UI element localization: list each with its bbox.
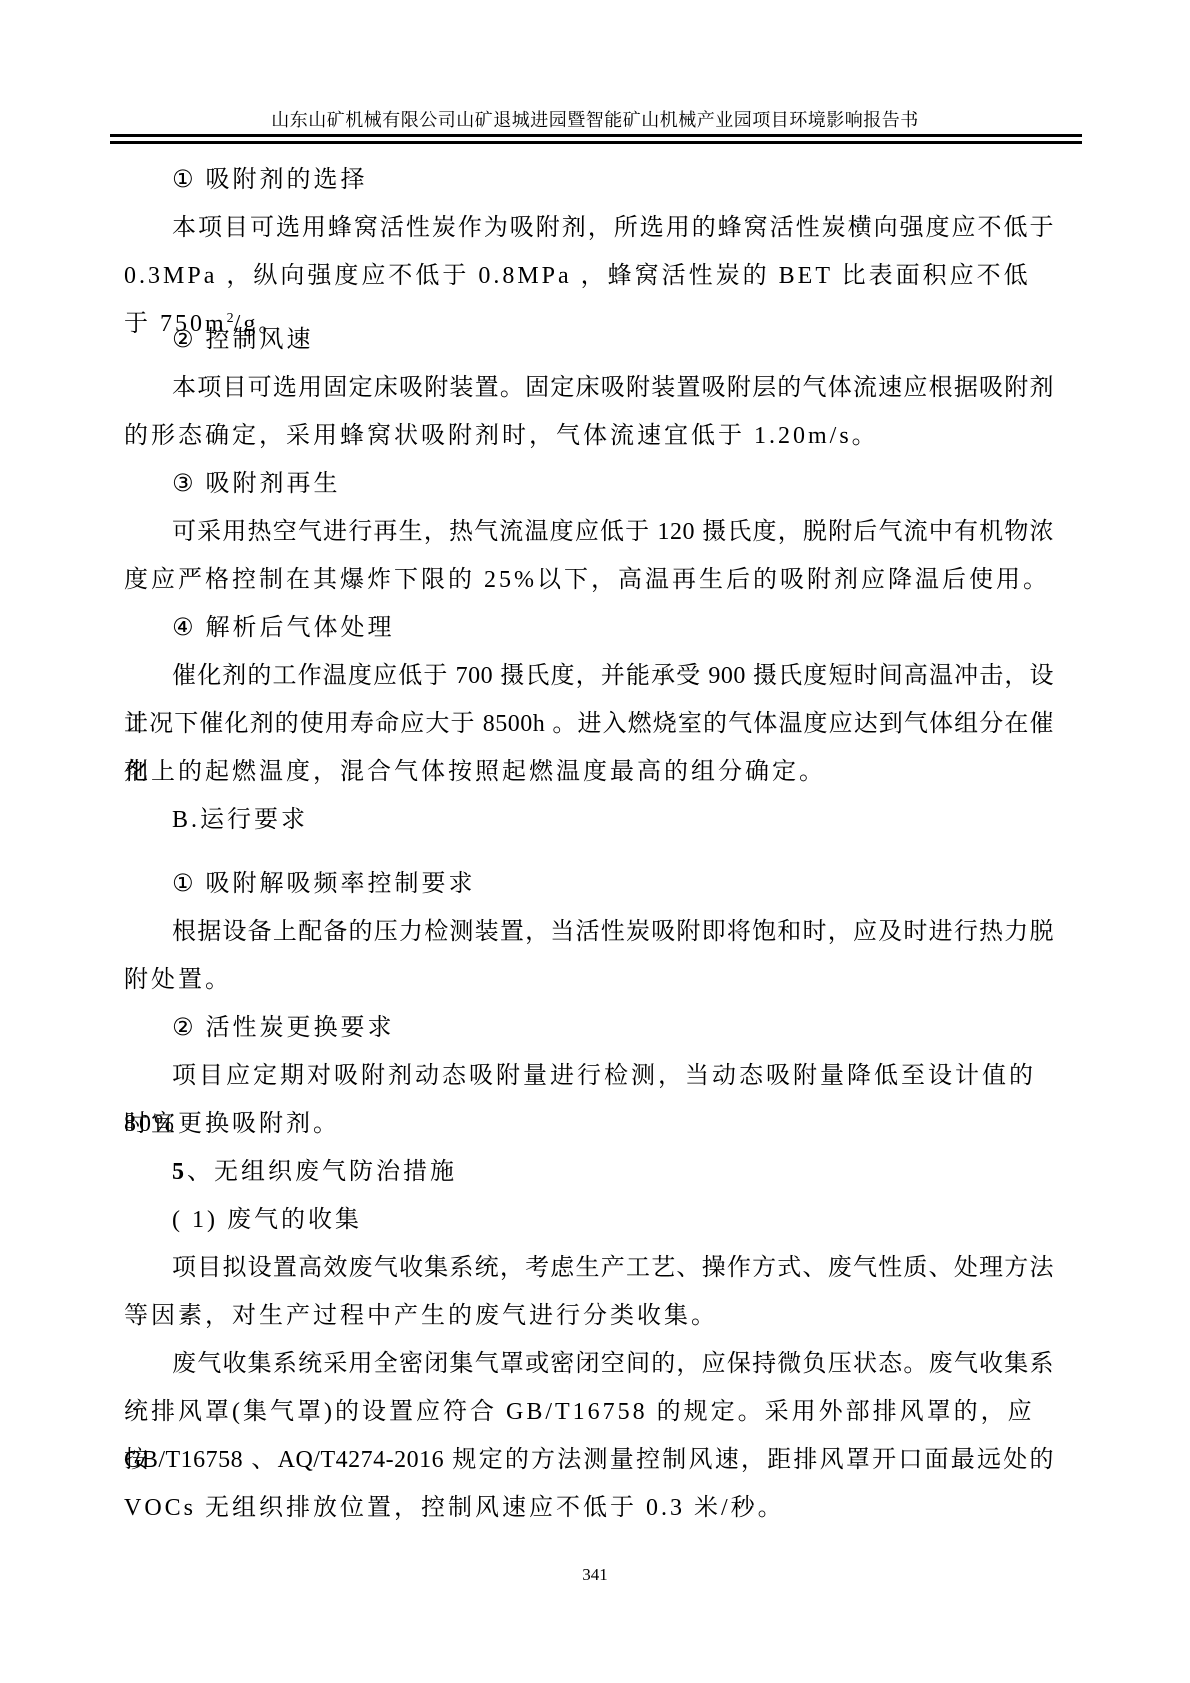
page-number: 341	[0, 1560, 1190, 1590]
section-heading-gas-collection: ( 1) 废气的收集	[124, 1196, 1054, 1244]
document-body: ① 吸附剂的选择 本项目可选用蜂窝活性炭作为吸附剂，所选用的蜂窝活性炭横向强度应…	[124, 156, 1054, 1532]
body-text-line: 本项目可选用固定床吸附装置。固定床吸附装置吸附层的气体流速应根据吸附剂	[124, 364, 1054, 412]
body-text-line: 的形态确定，采用蜂窝状吸附剂时，气体流速宜低于 1.20m/s。	[124, 412, 1054, 460]
section-heading-gas-treatment: ④ 解析后气体处理	[124, 604, 1054, 652]
body-text-line: 废气收集系统采用全密闭集气罩或密闭空间的，应保持微负压状态。废气收集系	[124, 1340, 1054, 1388]
body-text-line: 剂上的起燃温度，混合气体按照起燃温度最高的组分确定。	[124, 748, 1054, 796]
body-text-line: 时宜更换吸附剂。	[124, 1100, 1054, 1148]
body-text-line: GB/T16758 、AQ/T4274-2016 规定的方法测量控制风速，距排风…	[124, 1436, 1054, 1484]
body-text-line: 附处置。	[124, 956, 1054, 1004]
body-text-line: 本项目可选用蜂窝活性炭作为吸附剂，所选用的蜂窝活性炭横向强度应不低于	[124, 204, 1054, 252]
section-number: 5	[172, 1159, 187, 1185]
body-text-line: 工况下催化剂的使用寿命应大于 8500h 。进入燃烧室的气体温度应达到气体组分在…	[124, 700, 1054, 748]
body-text-line: 0.3MPa ，纵向强度应不低于 0.8MPa ，蜂窝活性炭的 BET 比表面积…	[124, 252, 1054, 300]
body-text-line: VOCs 无组织排放位置，控制风速应不低于 0.3 米/秒。	[124, 1484, 1054, 1532]
section-heading-carbon-replacement: ② 活性炭更换要求	[124, 1004, 1054, 1052]
body-text-line: 项目应定期对吸附剂动态吸附量进行检测，当动态吸附量降低至设计值的 80%	[124, 1052, 1054, 1100]
header-divider	[110, 134, 1082, 144]
section-heading-wind-speed-control: ② 控制风速	[124, 316, 1054, 364]
body-text-line: 统排风罩(集气罩)的设置应符合 GB/T16758 的规定。采用外部排风罩的，应…	[124, 1388, 1054, 1436]
section-heading-operation-requirements: B.运行要求	[124, 796, 1054, 844]
section-heading-adsorbent-selection: ① 吸附剂的选择	[124, 156, 1054, 204]
section-heading-desorption-frequency: ① 吸附解吸频率控制要求	[124, 860, 1054, 908]
document-header-title: 山东山矿机械有限公司山矿退城进园暨智能矿山机械产业园项目环境影响报告书	[0, 106, 1190, 132]
body-text-line: 根据设备上配备的压力检测装置，当活性炭吸附即将饱和时，应及时进行热力脱	[124, 908, 1054, 956]
section-heading-fugitive-emission: 5、无组织废气防治措施	[124, 1148, 1054, 1196]
body-text-line: 等因素，对生产过程中产生的废气进行分类收集。	[124, 1292, 1054, 1340]
body-text-line: 催化剂的工作温度应低于 700 摄氏度，并能承受 900 摄氏度短时间高温冲击，…	[124, 652, 1054, 700]
body-text-line: 可采用热空气进行再生，热气流温度应低于 120 摄氏度，脱附后气流中有机物浓	[124, 508, 1054, 556]
body-text-line: 度应严格控制在其爆炸下限的 25%以下，高温再生后的吸附剂应降温后使用。	[124, 556, 1054, 604]
document-page: 山东山矿机械有限公司山矿退城进园暨智能矿山机械产业园项目环境影响报告书 ① 吸附…	[0, 0, 1190, 1683]
body-text-line: 项目拟设置高效废气收集系统，考虑生产工艺、操作方式、废气性质、处理方法	[124, 1244, 1054, 1292]
text-segment: 、无组织废气防治措施	[187, 1159, 457, 1185]
section-heading-adsorbent-regeneration: ③ 吸附剂再生	[124, 460, 1054, 508]
